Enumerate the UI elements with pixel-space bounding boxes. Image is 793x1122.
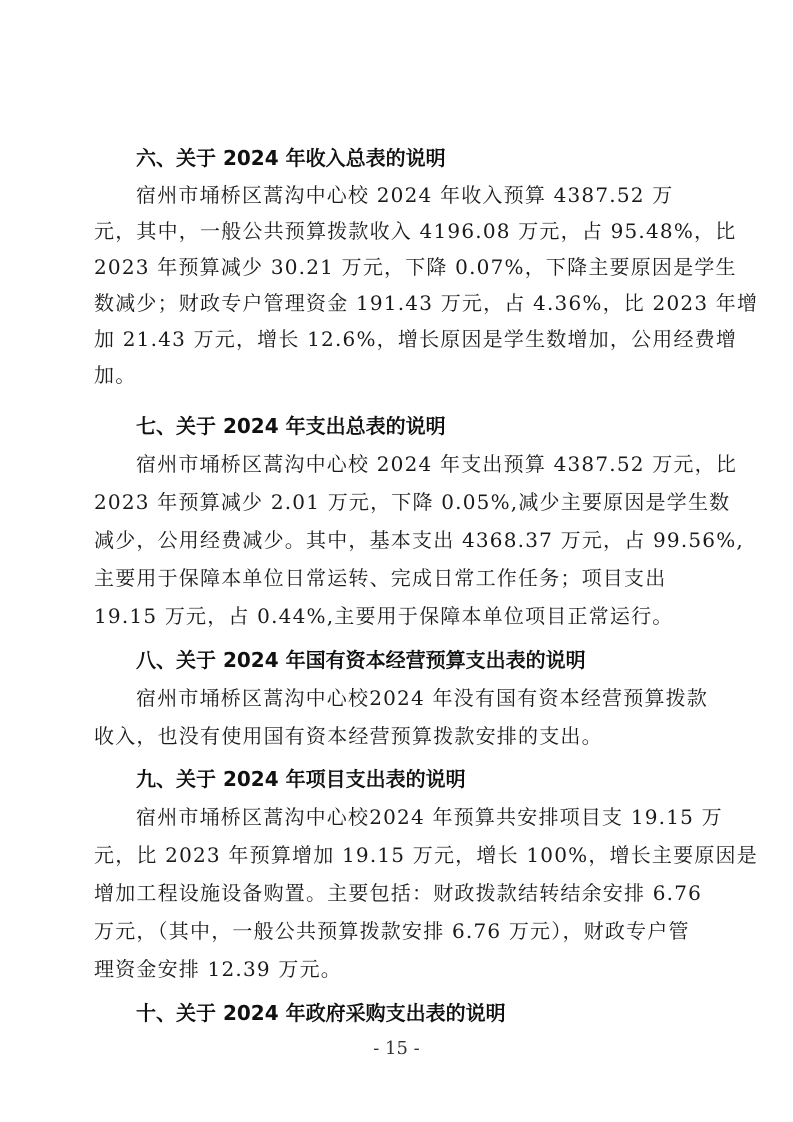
- paragraph-line: 宿州市埇桥区蒿沟中心校2024 年没有国有资本经营预算拨款: [136, 685, 694, 711]
- paragraph-line: 2023 年预算减少 2.01 万元，下降 0.05%,减少主要原因是学生数: [94, 489, 694, 515]
- paragraph-line: 增加工程设施设备购置。主要包括：财政拨款结转结余安排 6.76: [94, 880, 694, 906]
- paragraph-line: 19.15 万元，占 0.44%,主要用于保障本单位项目正常运行。: [94, 603, 694, 629]
- paragraph-line: 2023 年预算减少 30.21 万元，下降 0.07%，下降主要原因是学生: [94, 254, 694, 280]
- paragraph-line: 主要用于保障本单位日常运转、完成日常工作任务；项目支出: [94, 565, 694, 591]
- paragraph-line: 收入，也没有使用国有资本经营预算拨款安排的支出。: [94, 723, 694, 749]
- paragraph-line: 宿州市埇桥区蒿沟中心校 2024 年支出预算 4387.52 万元，比: [136, 451, 694, 477]
- page-number: - 15 -: [0, 1038, 793, 1059]
- paragraph-line: 宿州市埇桥区蒿沟中心校 2024 年收入预算 4387.52 万: [136, 182, 694, 208]
- section-heading-10: 十、关于 2024 年政府采购支出表的说明: [136, 1000, 506, 1026]
- paragraph-line: 数减少；财政专户管理资金 191.43 万元，占 4.36%，比 2023 年增: [94, 290, 694, 316]
- paragraph-line: 万元，（其中，一般公共预算拨款安排 6.76 万元），财政专户管: [94, 918, 694, 944]
- section-heading-8: 八、关于 2024 年国有资本经营预算支出表的说明: [136, 647, 586, 673]
- section-heading-6: 六、关于 2024 年收入总表的说明: [136, 145, 446, 171]
- paragraph-line: 加。: [94, 362, 694, 388]
- paragraph-line: 元，比 2023 年预算增加 19.15 万元，增长 100%，增长主要原因是: [94, 842, 694, 868]
- paragraph-line: 加 21.43 万元，增长 12.6%，增长原因是学生数增加，公用经费增: [94, 326, 694, 352]
- paragraph-line: 理资金安排 12.39 万元。: [94, 956, 694, 982]
- section-heading-7: 七、关于 2024 年支出总表的说明: [136, 413, 446, 439]
- paragraph-line: 宿州市埇桥区蒿沟中心校2024 年预算共安排项目支 19.15 万: [136, 804, 694, 830]
- document-page: 六、关于 2024 年收入总表的说明 宿州市埇桥区蒿沟中心校 2024 年收入预…: [0, 0, 793, 1122]
- paragraph-line: 元，其中，一般公共预算拨款收入 4196.08 万元，占 95.48%，比: [94, 218, 694, 244]
- section-heading-9: 九、关于 2024 年项目支出表的说明: [136, 766, 466, 792]
- paragraph-line: 减少，公用经费减少。其中，基本支出 4368.37 万元，占 99.56%,: [94, 527, 694, 553]
